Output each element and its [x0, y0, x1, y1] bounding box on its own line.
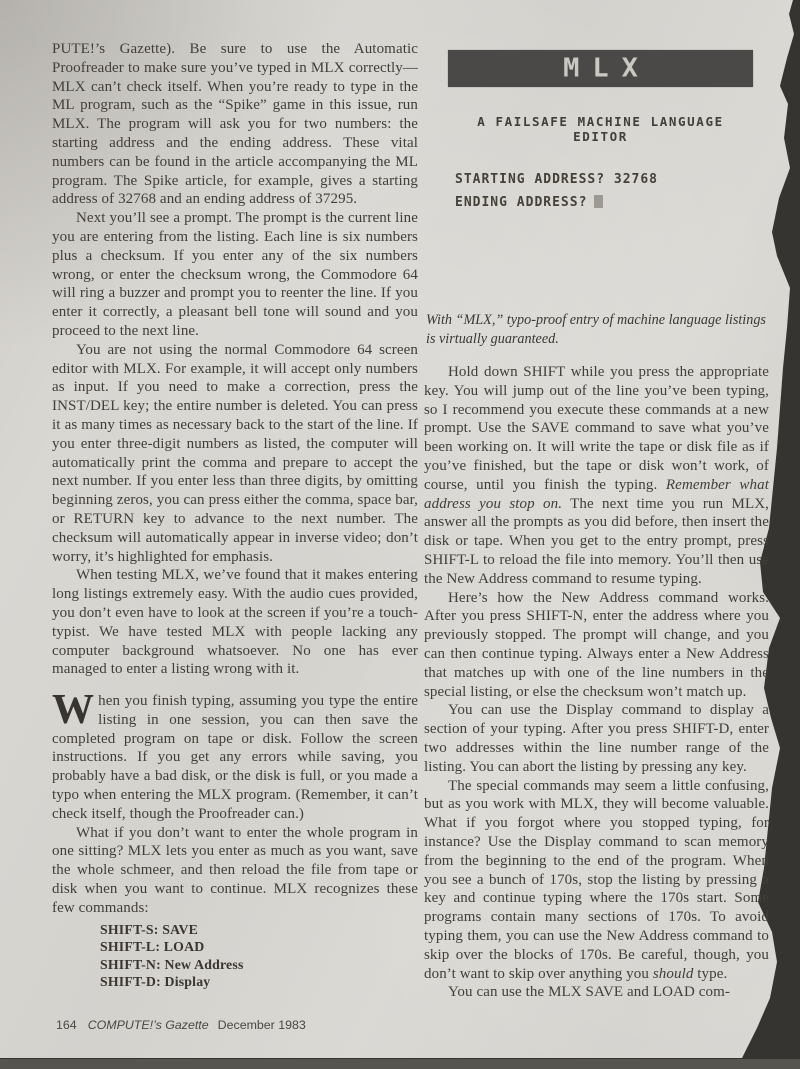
paragraph: Next you’ll see a prompt. The prompt is …: [52, 209, 418, 341]
paragraph: You can use the MLX SAVE and LOAD com-: [424, 983, 769, 1002]
commands-list: SHIFT-S: SAVESHIFT-L: LOADSHIFT-N: New A…: [100, 921, 418, 991]
paragraph: When testing MLX, we’ve found that it ma…: [52, 566, 418, 679]
screen-line: STARTING ADDRESS? 32768: [455, 168, 769, 191]
command-item: SHIFT-S: SAVE: [100, 921, 418, 939]
screen-subtitle: A FAILSAFE MACHINE LANGUAGE EDITOR: [448, 114, 753, 144]
paragraph: What if you don’t want to enter the whol…: [52, 824, 418, 918]
command-item: SHIFT-N: New Address: [100, 956, 418, 974]
command-item: SHIFT-L: LOAD: [100, 938, 418, 956]
footer-issue-date: December 1983: [218, 1018, 306, 1032]
mlx-logo: MLX: [550, 54, 651, 83]
footer-page-number: 164: [56, 1018, 77, 1032]
left-column-text: PUTE!’s Gazette). Be sure to use the Aut…: [52, 40, 418, 918]
paragraph: PUTE!’s Gazette). Be sure to use the Aut…: [52, 40, 418, 209]
paragraph: You are not using the normal Commodore 6…: [52, 341, 418, 567]
magazine-page-scan: PUTE!’s Gazette). Be sure to use the Aut…: [0, 0, 800, 1069]
paragraph: You can use the Display command to displ…: [424, 701, 769, 776]
paragraph: When you finish typing, assuming you typ…: [52, 692, 418, 824]
paragraph: Hold down SHIFT while you press the appr…: [424, 363, 769, 589]
figure-caption: With “MLX,” typo-proof entry of machine …: [426, 311, 778, 349]
page-footer: 164 COMPUTE!’s Gazette December 1983: [56, 1018, 306, 1032]
right-column-text: Hold down SHIFT while you press the appr…: [424, 363, 769, 1002]
screen-prompts: STARTING ADDRESS? 32768ENDING ADDRESS?: [455, 168, 769, 214]
footer-magazine-title: COMPUTE!’s Gazette: [88, 1018, 209, 1032]
mlx-banner: MLX: [448, 50, 753, 87]
paragraph: The special commands may seem a little c…: [424, 777, 769, 984]
screen-line: ENDING ADDRESS?: [455, 191, 769, 214]
mlx-screenshot: MLX A FAILSAFE MACHINE LANGUAGE EDITOR S…: [424, 50, 769, 214]
paragraph: Here’s how the New Address command works…: [424, 589, 769, 702]
cursor-block: [594, 195, 603, 208]
bottom-strip: [0, 1059, 800, 1069]
left-column: PUTE!’s Gazette). Be sure to use the Aut…: [52, 40, 418, 991]
dropcap-letter: W: [52, 692, 98, 727]
right-column: MLX A FAILSAFE MACHINE LANGUAGE EDITOR S…: [424, 38, 769, 1002]
command-item: SHIFT-D: Display: [100, 973, 418, 991]
